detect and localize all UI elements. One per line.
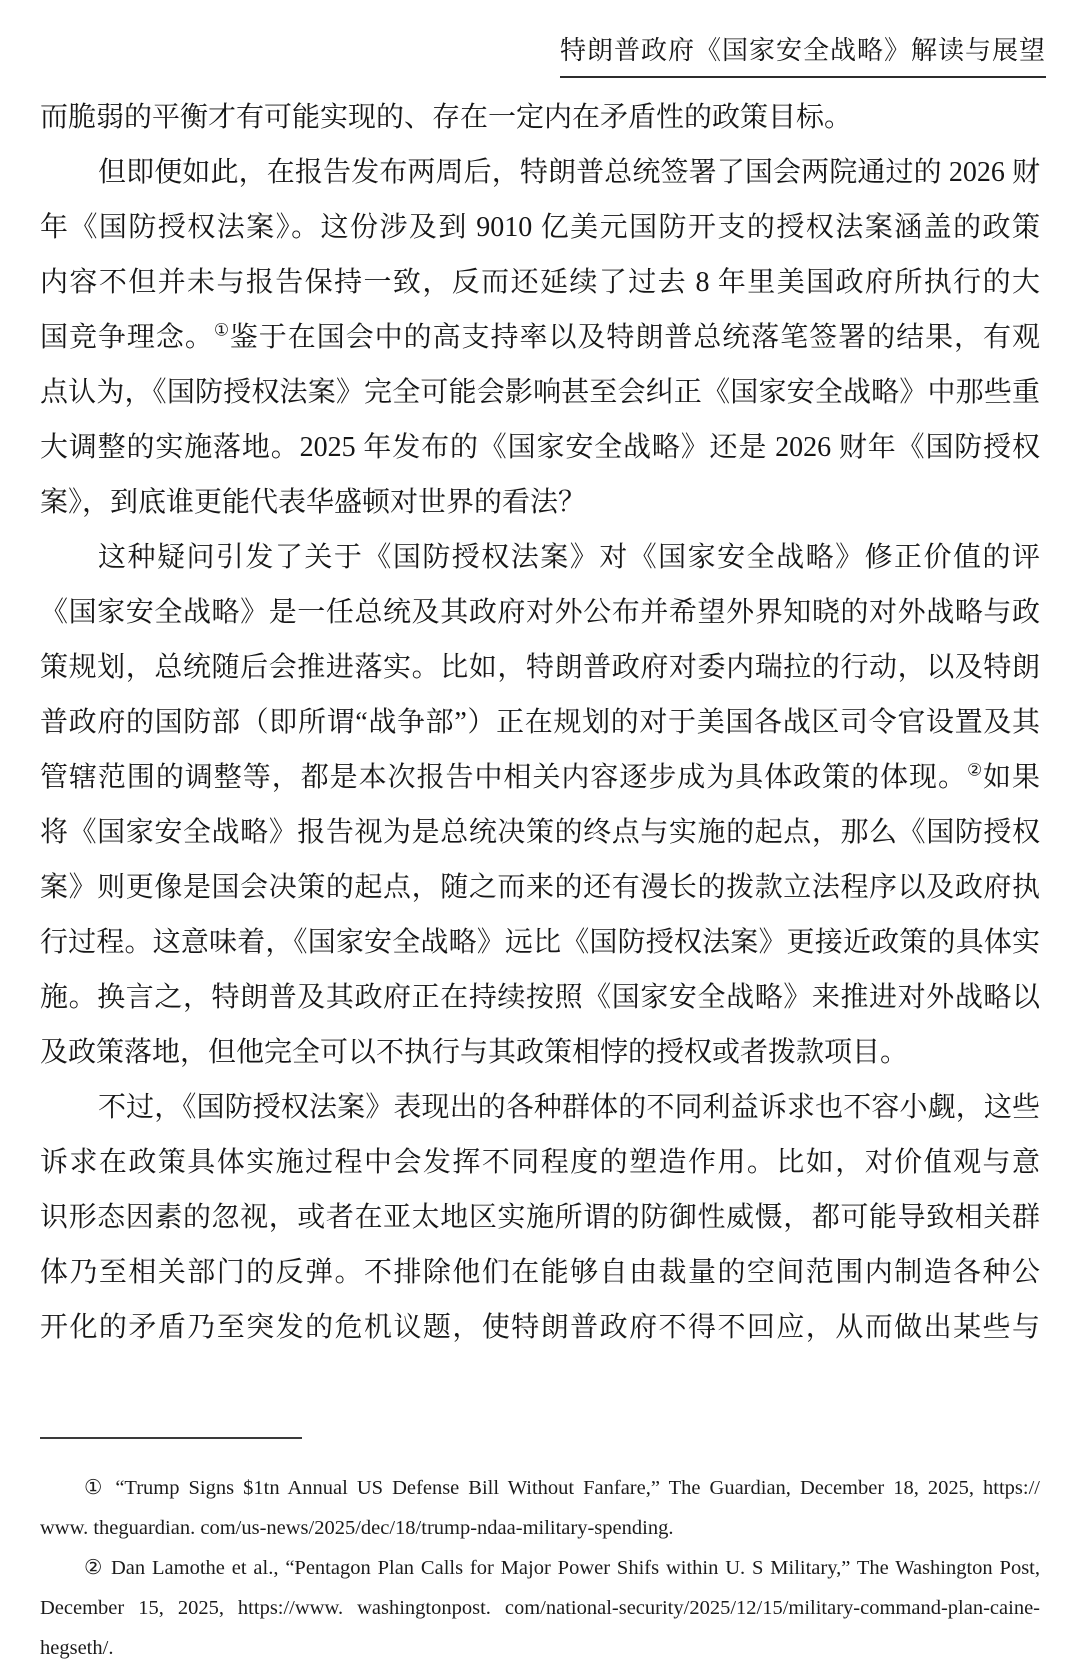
body-line: 普政府的国防部（即所谓“战争部”）正在规划的对于美国各战区司令官设置及其 <box>40 695 1040 750</box>
article-body: 而脆弱的平衡才有可能实现的、存在一定内在矛盾性的政策目标。 但即便如此，在报告发… <box>40 90 1040 1355</box>
body-line: 体乃至相关部门的反弹。不排除他们在能够自由裁量的空间范围内制造各种公 <box>40 1245 1040 1300</box>
body-line: 策规划，总统随后会推进落实。比如，特朗普政府对委内瑞拉的行动，以及特朗 <box>40 640 1040 695</box>
page-header-title: 特朗普政府《国家安全战略》解读与展望 <box>560 30 1046 78</box>
footnote-line: December 15, 2025, https://www. washingt… <box>40 1588 1040 1628</box>
footnote-line: hegseth/. <box>40 1628 1040 1668</box>
footnote-line: www. theguardian. com/us-news/2025/dec/1… <box>40 1508 1040 1548</box>
body-line: 内容不但并未与报告保持一致，反而还延续了过去 8 年里美国政府所执行的大 <box>40 255 1040 310</box>
body-line: 识形态因素的忽视，或者在亚太地区实施所谓的防御性威慑，都可能导致相关群 <box>40 1190 1040 1245</box>
body-line: 案》则更像是国会决策的起点，随之而来的还有漫长的拨款立法程序以及政府执 <box>40 860 1040 915</box>
body-line: 及政策落地，但他完全可以不执行与其政策相悖的授权或者拨款项目。 <box>40 1025 1040 1080</box>
footnote-ref-1: ① <box>214 321 230 340</box>
body-line: 案》，到底谁更能代表华盛顿对世界的看法？ <box>40 475 1040 530</box>
body-line: 年《国防授权法案》。这份涉及到 9010 亿美元国防开支的授权法案涵盖的政策 <box>40 200 1040 255</box>
body-line: 行过程。这意味着，《国家安全战略》远比《国防授权法案》更接近政策的具体实 <box>40 915 1040 970</box>
body-line: 管辖范围的调整等，都是本次报告中相关内容逐步成为具体政策的体现。②如果 <box>40 750 1040 805</box>
body-line: 这种疑问引发了关于《国防授权法案》对《国家安全战略》修正价值的评估。 <box>40 530 1040 585</box>
body-line: 施。换言之，特朗普及其政府正在持续按照《国家安全战略》来推进对外战略以 <box>40 970 1040 1025</box>
body-text: 国竞争理念。 <box>40 322 214 353</box>
body-text: 管辖范围的调整等，都是本次报告中相关内容逐步成为具体政策的体现。 <box>40 762 967 793</box>
footnote-line: ① “Trump Signs $1tn Annual US Defense Bi… <box>40 1468 1040 1508</box>
footnote-separator <box>40 1437 302 1439</box>
body-text: 鉴于在国会中的高支持率以及特朗普总统落笔签署的结果，有观 <box>230 322 1040 353</box>
running-header: 特朗普政府《国家安全战略》解读与展望 <box>40 30 1046 78</box>
body-line: 将《国家安全战略》报告视为是总统决策的终点与实施的起点，那么《国防授权法 <box>40 805 1040 860</box>
body-line: 开化的矛盾乃至突发的危机议题，使特朗普政府不得不回应，从而做出某些与 <box>40 1300 1040 1355</box>
body-line: 诉求在政策具体实施过程中会发挥不同程度的塑造作用。比如，对价值观与意 <box>40 1135 1040 1190</box>
body-text: 如果 <box>983 762 1040 793</box>
body-line: 不过，《国防授权法案》表现出的各种群体的不同利益诉求也不容小觑，这些 <box>40 1080 1040 1135</box>
body-line: 而脆弱的平衡才有可能实现的、存在一定内在矛盾性的政策目标。 <box>40 90 1040 145</box>
document-page: 特朗普政府《国家安全战略》解读与展望 而脆弱的平衡才有可能实现的、存在一定内在矛… <box>0 0 1080 1668</box>
body-line: 但即便如此，在报告发布两周后，特朗普总统签署了国会两院通过的 2026 财 <box>40 145 1040 200</box>
body-line: 点认为，《国防授权法案》完全可能会影响甚至会纠正《国家安全战略》中那些重 <box>40 365 1040 420</box>
footnote-ref-2: ② <box>967 761 983 780</box>
footnotes-block: ① “Trump Signs $1tn Annual US Defense Bi… <box>40 1468 1040 1668</box>
body-line: 大调整的实施落地。2025 年发布的《国家安全战略》还是 2026 财年《国防授… <box>40 420 1040 475</box>
body-line: 《国家安全战略》是一任总统及其政府对外公布并希望外界知晓的对外战略与政 <box>40 585 1040 640</box>
body-line: 国竞争理念。①鉴于在国会中的高支持率以及特朗普总统落笔签署的结果，有观 <box>40 310 1040 365</box>
footnote-line: ② Dan Lamothe et al., “Pentagon Plan Cal… <box>40 1548 1040 1588</box>
